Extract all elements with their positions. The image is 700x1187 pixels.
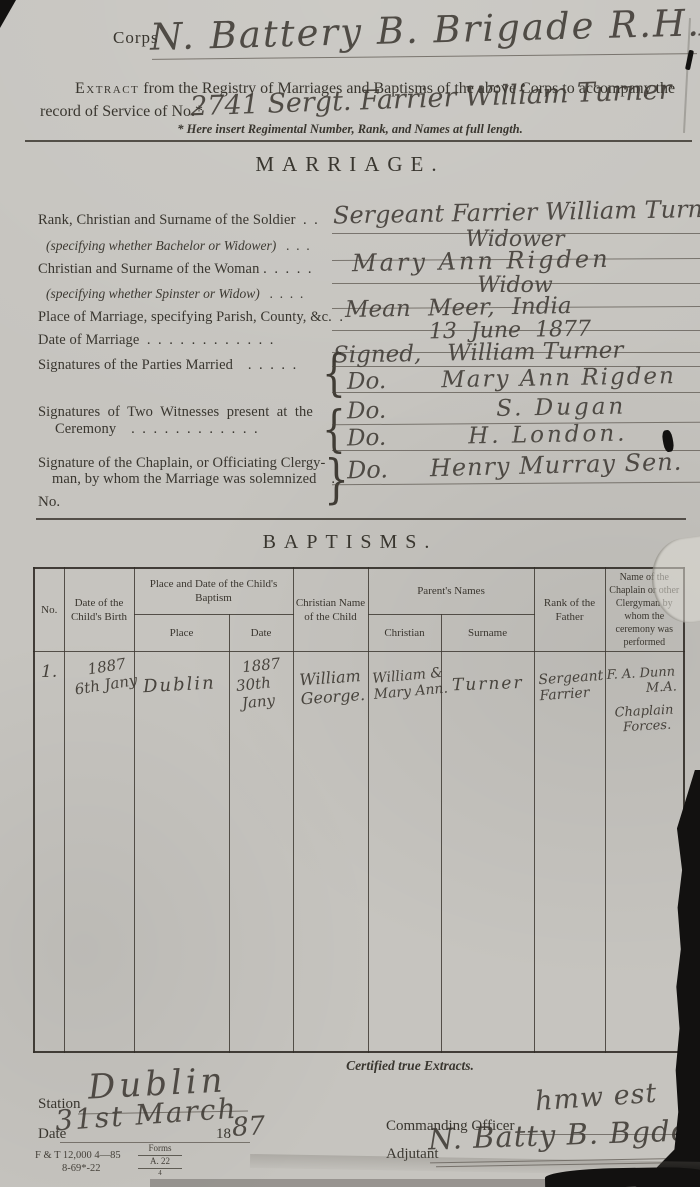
- cell-father-rank: Sergeant Farrier: [537, 668, 605, 705]
- adjutant-signature: N. Batty B. Bgde R.H.A.: [428, 1110, 700, 1157]
- witnesses-label-line1: Signatures of Two Witnesses present at t…: [38, 404, 313, 421]
- soldier-value: Sergeant Farrier William Turner: [333, 195, 700, 230]
- parties-signature-2: Do. Mary Ann Rigden: [347, 363, 676, 395]
- signature-prefix: Do.: [347, 425, 387, 452]
- signature-prefix: Do.: [347, 368, 387, 395]
- col-header-birth: Date of the Child's Birth: [64, 568, 134, 652]
- corps-handwritten-value: N. Battery B. Brigade R.H.A.: [150, 0, 700, 59]
- cell-no: 1.: [41, 662, 64, 682]
- bachelor-label: (specifying whether Bachelor or Widower)…: [46, 238, 310, 254]
- cell-child-name: William George.: [298, 666, 368, 709]
- forms-stamp-line3: 4: [138, 1170, 182, 1178]
- marriage-date-label: Date of Marriage . . . . . . . . . . . .: [38, 332, 274, 349]
- print-code-line1: F & T 12,000 4—85: [35, 1150, 121, 1161]
- place-label: Place of Marriage, specifying Parish, Co…: [38, 309, 343, 326]
- signature-name: Mary Ann Rigden: [441, 363, 676, 393]
- col-header-date: Date: [229, 614, 293, 651]
- signature-name: Henry Murray Sen.: [430, 448, 683, 483]
- cell-parents-surname: Turner: [451, 673, 534, 696]
- year-printed: 18: [216, 1126, 231, 1143]
- witness-signature-2: Do. H. London.: [347, 421, 628, 452]
- torn-corner-top-left: [0, 0, 16, 28]
- col-header-surname: Surname: [441, 614, 534, 651]
- year-written: 87: [231, 1111, 266, 1143]
- witness-signature-1: Do. S. Dugan: [347, 394, 627, 425]
- certified-label: Certified true Extracts.: [320, 1058, 500, 1074]
- footnote: * Here insert Regimental Number, Rank, a…: [0, 122, 700, 137]
- cell-birth: 1887 6th Jany: [70, 653, 136, 698]
- extract-paragraph-line2: record of Service of No.*: [40, 103, 203, 121]
- parties-underline-2: [332, 392, 700, 393]
- commanding-officer-signature: hmw est: [534, 1078, 658, 1117]
- forms-stamp-line2: A. 22: [138, 1157, 182, 1167]
- cell-place: Dublin: [142, 672, 229, 697]
- woman-label: Christian and Surname of the Woman . . .…: [38, 261, 312, 278]
- baptisms-heading: BAPTISMS.: [0, 531, 700, 554]
- soldier-label: Rank, Christian and Surname of the Soldi…: [38, 212, 318, 229]
- col-header-child-name: Christian Name of the Child: [293, 568, 368, 652]
- father-rank-line2: Farrier: [539, 684, 606, 705]
- col-header-no: No.: [34, 568, 64, 652]
- signature-prefix: Do.: [347, 455, 389, 484]
- section-divider-top: [25, 140, 692, 142]
- birth-date: 6th Jany: [73, 671, 136, 698]
- cell-parents-christian: William & Mary Ann.: [371, 665, 442, 703]
- no-label: No.: [38, 494, 60, 511]
- signature-prefix: Do.: [347, 398, 387, 425]
- spinster-label: (specifying whether Spinster or Widow) .…: [46, 286, 304, 302]
- col-header-parents-group: Parent's Names: [368, 568, 534, 614]
- cell-baptism-date: 1887 30th Jany: [233, 653, 295, 713]
- section-divider-middle: [36, 518, 686, 520]
- extract-word: Extract: [75, 80, 139, 97]
- shadow-bottom-strip: [150, 1179, 570, 1187]
- print-code-line2: 8-69*-22: [62, 1163, 101, 1174]
- col-header-place: Place: [134, 614, 229, 651]
- forms-stamp-line1: Forms: [138, 1144, 182, 1154]
- child-name-line2: George.: [300, 685, 369, 709]
- chaplain-label-line1: Signature of the Chaplain, or Officiatin…: [38, 455, 325, 472]
- signature-prefix: Signed,: [333, 341, 422, 369]
- date-value: 31st March: [54, 1092, 238, 1138]
- witnesses-label-line2: Ceremony . . . . . . . . . . . .: [55, 421, 258, 438]
- col-header-baptism-group: Place and Date of the Child's Baptism: [134, 568, 293, 614]
- forms-stamp: Forms A. 22 4: [138, 1144, 182, 1177]
- baptisms-table: No. Date of the Child's Birth Place and …: [33, 567, 685, 1053]
- marriage-heading: MARRIAGE.: [0, 152, 700, 177]
- chaplain-label-line2: man, by whom the Marriage was solemnized…: [52, 471, 335, 488]
- signature-name: William Turner: [447, 337, 623, 366]
- scanned-registry-document: Corps N. Battery B. Brigade R.H.A. Extra…: [0, 0, 700, 1187]
- signature-name: H. London.: [468, 421, 628, 450]
- parties-label: Signatures of the Parties Married . . . …: [38, 357, 296, 374]
- cell-chaplain-name: F. A. Dunn M.A. Chaplain Forces.: [606, 664, 685, 736]
- chaplain-brace: }: [324, 450, 349, 510]
- col-header-christian: Christian: [368, 614, 441, 651]
- signature-name: S. Dugan: [496, 394, 626, 422]
- baptism-row: 1. 1887 6th Jany Dublin 1887 30th Jany: [34, 652, 684, 1052]
- chaplain-signature: Do. Henry Murray Sen.: [347, 448, 683, 485]
- col-header-father-rank: Rank of the Father: [534, 568, 605, 652]
